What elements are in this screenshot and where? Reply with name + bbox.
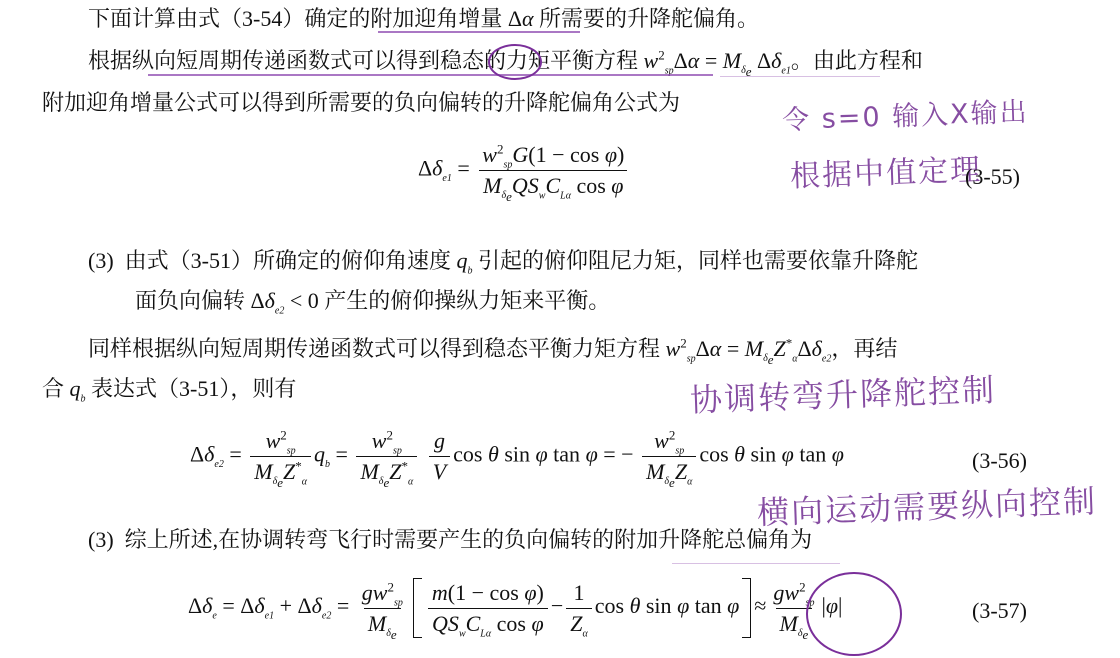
item-3-first: (3) 由式（3-51）所确定的俯仰角速度 qb 引起的俯仰阻尼力矩，同样也需要… [88, 246, 918, 276]
ink-circle-steady-state [488, 44, 542, 80]
paragraph-3: 附加迎角增量公式可以得到所需要的负向偏转的升降舵偏角公式为 [42, 88, 680, 118]
moment-balance-equation-2: w2spΔα = MδeZ*αΔδe2 [666, 336, 832, 361]
equation-3-56: Δδe2 = w2spMδeZ*αqb = w2spMδeZ*α gVcos θ… [190, 428, 844, 485]
handwritten-note-1-line-2: 根据中值定理 [789, 145, 982, 196]
ink-underline-3 [720, 76, 880, 77]
paragraph-1: 下面计算由式（3-54）确定的附加迎角增量 Δα 所需要的升降舵偏角。 [88, 4, 759, 34]
paragraph-4: 同样根据纵向短周期传递函数式可以得到稳态平衡力矩方程 w2spΔα = MδeZ… [88, 334, 897, 364]
ink-circle-approximation [806, 572, 902, 656]
ink-underline-2 [148, 74, 713, 76]
paragraph-1-text: 下面计算由式（3-54）确定的附加迎角增量 Δα 所需要的升降舵偏角。 [88, 6, 759, 31]
equation-number-3-55: (3-55) [965, 164, 1020, 190]
paragraph-2-tail: 。由此方程和 [791, 48, 923, 73]
item-3-second-text: 综上所述,在协调转弯飞行时需要产生的负向偏转的附加升降舵总偏角为 [125, 527, 813, 552]
ink-underline-4 [672, 563, 840, 564]
paragraph-4-line-2: 合 qb 表达式（3-51），则有 [42, 374, 296, 404]
paragraph-3-text: 附加迎角增量公式可以得到所需要的负向偏转的升降舵偏角公式为 [42, 90, 680, 115]
handwritten-note-2: 协调转弯升降舵控制 [689, 365, 996, 422]
paragraph-4-text: 同样根据纵向短周期传递函数式可以得到稳态平衡力矩方程 [88, 336, 660, 361]
item-3-first-line-2: 面负向偏转 Δδe2 < 0 产生的俯仰操纵力矩来平衡。 [135, 286, 610, 316]
item-3-second-label: (3) [88, 527, 114, 552]
paragraph-2-text: 根据纵向短周期传递函数式可以得到稳态的力矩平衡方程 [88, 48, 638, 73]
item-3-second: (3) 综上所述,在协调转弯飞行时需要产生的负向偏转的附加升降舵总偏角为 [88, 525, 812, 555]
paragraph-4-tail: ，再结 [831, 336, 897, 361]
item-3-first-label: (3) [88, 248, 114, 273]
moment-balance-equation-1: w2spΔα = Mδe Δδe1 [644, 48, 791, 73]
handwritten-note-1-line-1: 令 s=0 输入X输出 [781, 90, 1029, 138]
equation-3-55-fraction: w2spG(1 − cos φ) MδeQSwCLα cos φ [478, 142, 628, 199]
equation-number-3-56: (3-56) [972, 448, 1027, 474]
ink-underline-1 [378, 31, 580, 33]
equation-3-57: Δδe = Δδe1 + Δδe2 = gw2spMδem(1 − cos φ)… [188, 578, 842, 638]
equation-number-3-57: (3-57) [972, 598, 1027, 624]
equation-3-55: Δδe1 = w2spG(1 − cos φ) MδeQSwCLα cos φ [418, 142, 631, 199]
